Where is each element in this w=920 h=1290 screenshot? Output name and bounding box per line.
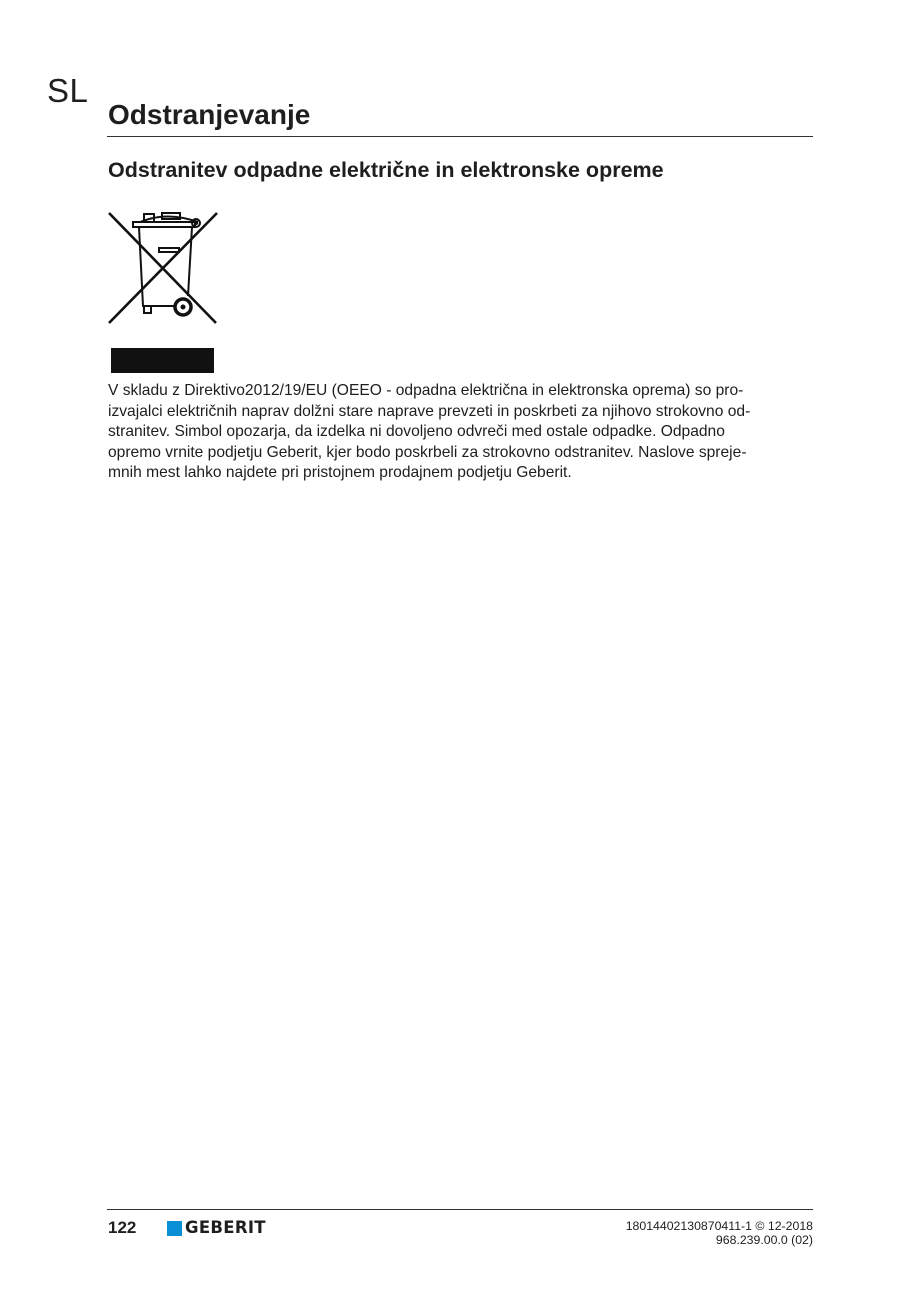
brand-square-icon	[167, 1221, 182, 1236]
weee-underline-bar	[111, 348, 214, 373]
title-divider	[107, 136, 813, 137]
language-code: SL	[47, 74, 88, 107]
document-info: 18014402130870411-1 © 12-2018 968.239.00…	[626, 1219, 813, 1247]
crossed-out-wheelie-bin-icon	[106, 208, 220, 328]
section-heading: Odstranitev odpadne električne in elektr…	[108, 160, 664, 182]
footer-divider	[107, 1209, 813, 1210]
document-number: 968.239.00.0 (02)	[626, 1233, 813, 1247]
brand-logo: GEBERIT	[167, 1219, 266, 1237]
body-line: mnih mest lahko najdete pri pristojnem p…	[108, 463, 813, 484]
brand-name: GEBERIT	[185, 1220, 266, 1237]
page-title: Odstranjevanje	[108, 101, 310, 129]
page-number: 122	[108, 1219, 136, 1236]
document-id: 18014402130870411-1 © 12-2018	[626, 1219, 813, 1233]
body-line: opremo vrnite podjetju Geberit, kjer bod…	[108, 443, 813, 464]
body-line: stranitev. Simbol opozarja, da izdelka n…	[108, 422, 813, 443]
body-line: V skladu z Direktivo2012/19/EU (OEEO - o…	[108, 381, 813, 402]
body-paragraph: V skladu z Direktivo2012/19/EU (OEEO - o…	[108, 381, 813, 484]
body-line: izvajalci električnih naprav dolžni star…	[108, 402, 813, 423]
